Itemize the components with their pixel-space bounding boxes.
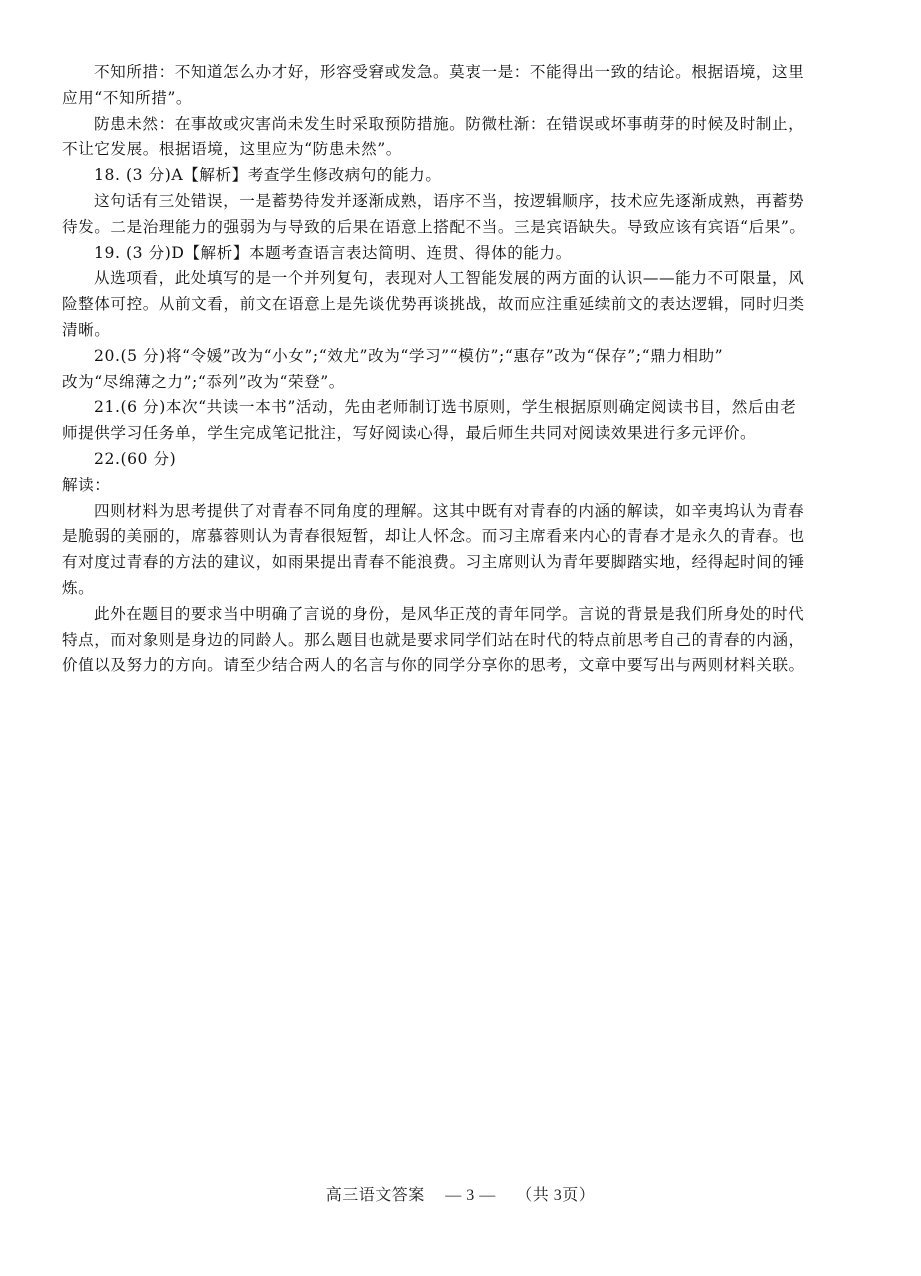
text-line: 师提供学习任务单，学生完成笔记批注，写好阅读心得，最后师生共同对阅读效果进行多元… bbox=[62, 421, 862, 447]
text-line: 险整体可控。从前文看，前文在语意上是先谈优势再谈挑战，故而应注重延续前文的表达逻… bbox=[62, 292, 862, 318]
text-line: 不知所措：不知道怎么办才好，形容受窘或发急。莫衷一是：不能得出一致的结论。根据语… bbox=[62, 60, 862, 86]
question-18-heading: 18. (3 分)A【解析】考查学生修改病句的能力。 bbox=[62, 163, 862, 189]
text-line: 此外在题目的要求当中明确了言说的身份，是风华正茂的青年同学。言说的背景是我们所身… bbox=[62, 602, 862, 628]
text-line: 这句话有三处错误，一是蓄势待发并逐渐成熟，语序不当，按逻辑顺序，技术应先逐渐成熟… bbox=[62, 189, 862, 215]
text-line: 四则材料为思考提供了对青春不同角度的理解。这其中既有对青春的内涵的解读，如辛夷坞… bbox=[62, 499, 862, 525]
question-21-answer: 21.(6 分)本次“共读一本书”活动，先由老师制订选书原则，学生根据原则确定阅… bbox=[62, 395, 862, 421]
text-line: 应用“不知所措”。 bbox=[62, 86, 862, 112]
footer-title: 高三语文答案 bbox=[326, 1187, 425, 1204]
text-line: 是脆弱的美丽的，席慕蓉则认为青春很短暂，却让人怀念。而习主席看来内心的青春才是永… bbox=[62, 524, 862, 550]
question-22-heading: 22.(60 分) bbox=[62, 447, 862, 473]
page-total: （共 3页） bbox=[516, 1187, 595, 1204]
text-line: 特点，而对象则是身边的同龄人。那么题目也就是要求同学们站在时代的特点前思考自己的… bbox=[62, 628, 862, 654]
page-footer: 高三语文答案 — 3 — （共 3页） bbox=[0, 1182, 921, 1205]
text-line: 待发。二是治理能力的强弱为与导致的后果在语意上搭配不当。三是宾语缺失。导致应该有… bbox=[62, 215, 862, 241]
text-line: 防患未然：在事故或灾害尚未发生时采取预防措施。防微杜渐：在错误或坏事萌芽的时候及… bbox=[62, 112, 862, 138]
text-line: 价值以及努力的方向。请至少结合两人的名言与你的同学分享你的思考，文章中要写出与两… bbox=[62, 653, 862, 679]
interpretation-label: 解读： bbox=[62, 473, 862, 499]
page-number: — 3 — bbox=[445, 1187, 496, 1204]
text-line: 改为“尽绵薄之力”;“忝列”改为“荣登”。 bbox=[62, 370, 862, 396]
answer-document: 不知所措：不知道怎么办才好，形容受窘或发急。莫衷一是：不能得出一致的结论。根据语… bbox=[62, 60, 862, 679]
text-line: 不让它发展。根据语境，这里应为“防患未然”。 bbox=[62, 137, 862, 163]
text-line: 有对度过青春的方法的建议，如雨果提出青春不能浪费。习主席则认为青年要脚踏实地，经… bbox=[62, 550, 862, 576]
question-20-answer: 20.(5 分)将“令媛”改为“小女”;“效尤”改为“学习”“模仿”;“惠存”改… bbox=[62, 344, 862, 370]
text-line: 清晰。 bbox=[62, 318, 862, 344]
question-19-heading: 19. (3 分)D【解析】本题考查语言表达简明、连贯、得体的能力。 bbox=[62, 241, 862, 267]
text-line: 从选项看，此处填写的是一个并列复句，表现对人工智能发展的两方面的认识——能力不可… bbox=[62, 266, 862, 292]
text-line: 炼。 bbox=[62, 576, 862, 602]
